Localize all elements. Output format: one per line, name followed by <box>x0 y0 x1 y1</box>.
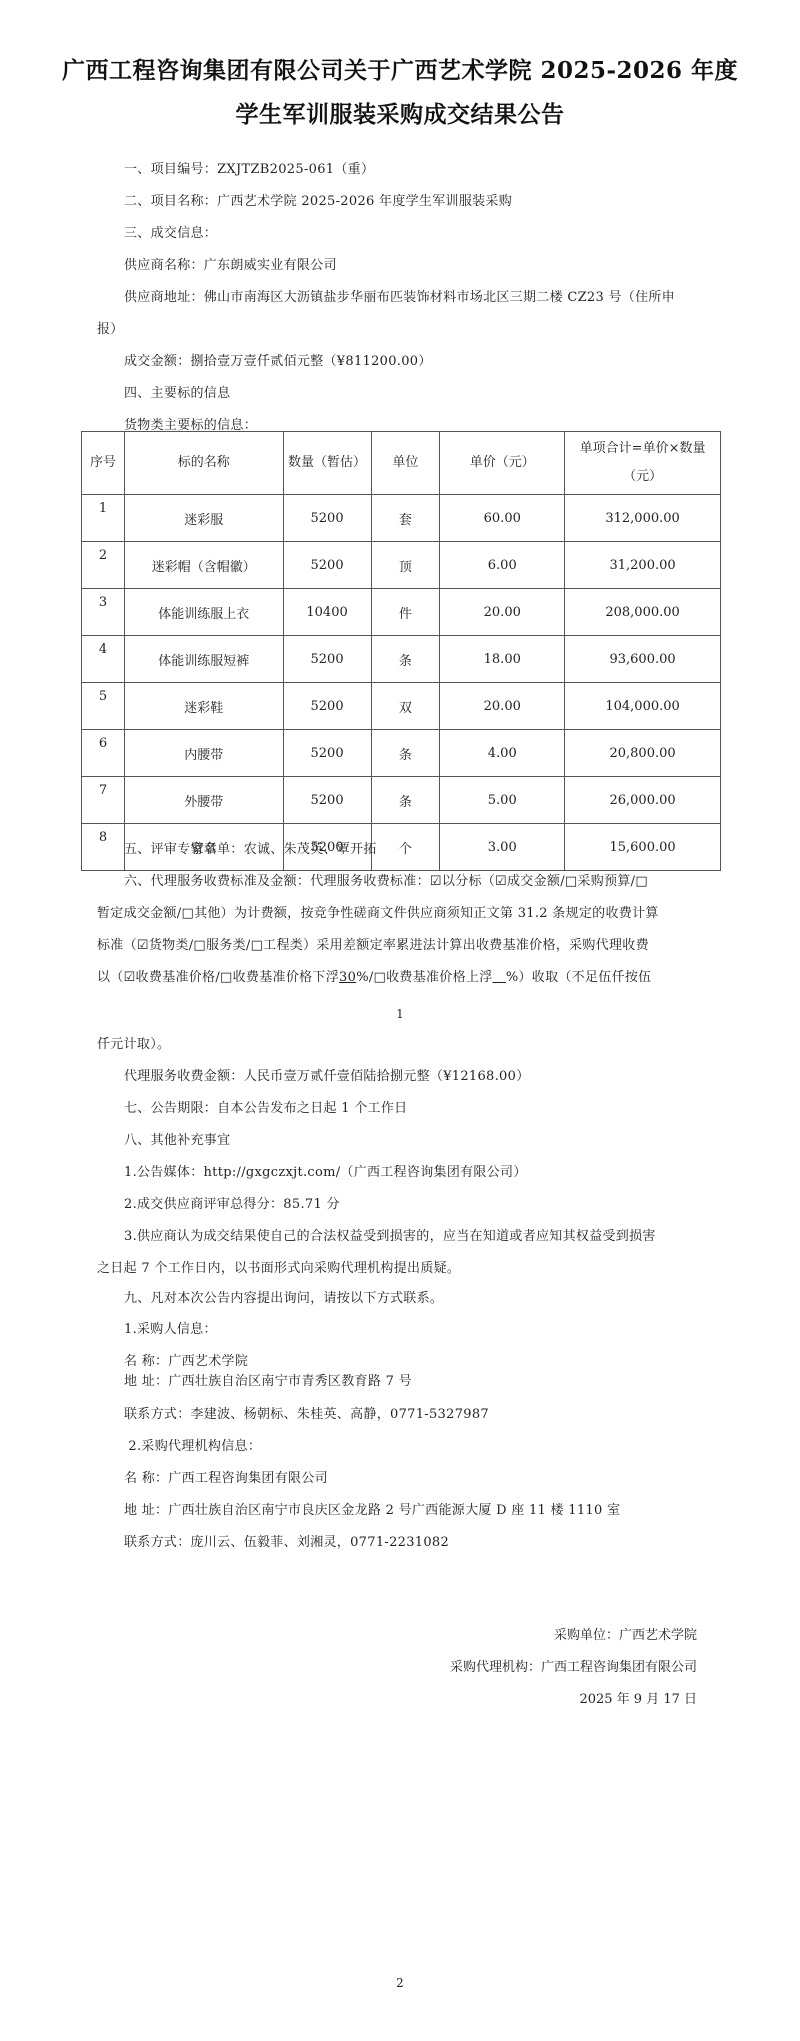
main-subject-heading: 四、主要标的信息 <box>124 382 230 401</box>
page-marker-1: 1 <box>0 1007 800 1021</box>
cell-name: 迷彩鞋 <box>124 683 283 730</box>
cell-price: 5.00 <box>440 777 565 824</box>
cell-price: 20.00 <box>440 683 565 730</box>
supplier-score: 2.成交供应商评审总得分：85.71 分 <box>124 1193 340 1212</box>
cell-no: 6 <box>82 730 125 777</box>
cell-qty: 5200 <box>283 683 371 730</box>
fee-discount-value: 30 <box>339 970 356 985</box>
cell-price: 60.00 <box>440 495 565 542</box>
supplier-name: 供应商名称：广东朗威实业有限公司 <box>124 254 337 273</box>
deal-info-heading: 三、成交信息： <box>124 222 217 241</box>
other-heading: 八、其他补充事宜 <box>124 1129 230 1148</box>
cell-qty: 5200 <box>283 636 371 683</box>
cell-no: 3 <box>82 589 125 636</box>
cell-total: 26,000.00 <box>565 777 721 824</box>
cell-qty: 5200 <box>283 542 371 589</box>
cell-price: 18.00 <box>440 636 565 683</box>
cell-price: 20.00 <box>440 589 565 636</box>
purchaser-name: 名 称：广西艺术学院 <box>124 1350 248 1369</box>
cell-qty: 5200 <box>283 495 371 542</box>
cell-price: 4.00 <box>440 730 565 777</box>
table-row: 3 体能训练服上衣 10400 件 20.00 208,000.00 <box>82 589 721 636</box>
table-row: 5 迷彩鞋 5200 双 20.00 104,000.00 <box>82 683 721 730</box>
table-row: 1 迷彩服 5200 套 60.00 312,000.00 <box>82 495 721 542</box>
cell-no: 2 <box>82 542 125 589</box>
cell-name: 迷彩服 <box>124 495 283 542</box>
cell-name: 体能训练服短裤 <box>124 636 283 683</box>
contact-heading: 九、凡对本次公告内容提出询问，请按以下方式联系。 <box>124 1287 443 1306</box>
table-row: 7 外腰带 5200 条 5.00 26,000.00 <box>82 777 721 824</box>
cell-unit: 个 <box>371 824 440 871</box>
agency-name: 名 称：广西工程咨询集团有限公司 <box>124 1467 328 1486</box>
cell-total: 208,000.00 <box>565 589 721 636</box>
header-seq: 序号 <box>82 432 125 495</box>
cell-no: 5 <box>82 683 125 730</box>
header-total-line2: （元） <box>565 463 720 491</box>
fee-markup-blank <box>493 970 506 985</box>
cell-name: 内腰带 <box>124 730 283 777</box>
cell-name: 迷彩帽（含帽徽） <box>124 542 283 589</box>
cell-unit: 条 <box>371 636 440 683</box>
cell-qty: 5200 <box>283 777 371 824</box>
signature-agency: 采购代理机构：广西工程咨询集团有限公司 <box>450 1656 697 1675</box>
cell-total: 31,200.00 <box>565 542 721 589</box>
cell-unit: 条 <box>371 777 440 824</box>
cell-unit: 件 <box>371 589 440 636</box>
fee-line4-part-c: %）收取（不足伍仟按伍 <box>506 970 652 985</box>
table-header-row: 序号 标的名称 数量（暂估） 单位 单价（元） 单项合计=单价×数量 （元） <box>82 432 721 495</box>
notice-period: 七、公告期限：自本公告发布之日起 1 个工作日 <box>124 1097 407 1116</box>
document-title-line1: 广西工程咨询集团有限公司关于广西艺术学院 2025-2026 年度 <box>0 52 800 85</box>
fee-standard-line5: 仟元计取）。 <box>97 1033 170 1052</box>
deal-amount: 成交金额：捌拾壹万壹仟贰佰元整（¥811200.00） <box>124 350 432 369</box>
cell-qty: 5200 <box>283 730 371 777</box>
project-name: 二、项目名称：广西艺术学院 2025-2026 年度学生军训服装采购 <box>124 190 512 209</box>
table-row: 4 体能训练服短裤 5200 条 18.00 93,600.00 <box>82 636 721 683</box>
fee-standard-line4: 以（☑收费基准价格/□收费基准价格下浮30%/□收费基准价格上浮 %）收取（不足… <box>97 966 651 985</box>
cell-unit: 顶 <box>371 542 440 589</box>
cell-total: 93,600.00 <box>565 636 721 683</box>
notice-media: 1.公告媒体：http://gxgczxjt.com/（广西工程咨询集团有限公司… <box>124 1161 527 1180</box>
header-unit: 单位 <box>371 432 440 495</box>
header-total-line1: 单项合计=单价×数量 <box>565 435 720 463</box>
fee-standard-line2: 暂定成交金额/□其他）为计费额，按竞争性磋商文件供应商须知正文第 31.2 条规… <box>97 902 659 921</box>
cell-qty: 10400 <box>283 589 371 636</box>
goods-table: 序号 标的名称 数量（暂估） 单位 单价（元） 单项合计=单价×数量 （元） 1… <box>81 431 721 871</box>
purchaser-address: 地 址：广西壮族自治区南宁市青秀区教育路 7 号 <box>124 1370 412 1389</box>
complaint-line1: 3.供应商认为成交结果使自己的合法权益受到损害的，应当在知道或者应知其权益受到损… <box>124 1225 656 1244</box>
cell-no: 1 <box>82 495 125 542</box>
fee-amount: 代理服务收费金额：人民币壹万贰仟壹佰陆拾捌元整（¥12168.00） <box>124 1065 530 1084</box>
agency-address: 地 址：广西壮族自治区南宁市良庆区金龙路 2 号广西能源大厦 D 座 11 楼 … <box>124 1499 620 1518</box>
agency-contact: 联系方式：庞川云、伍毅菲、刘湘灵，0771-2231082 <box>124 1531 449 1550</box>
fee-standard-line3: 标准（☑货物类/□服务类/□工程类）采用差额定率累进法计算出收费基准价格，采购代… <box>97 934 649 953</box>
document-title-line2: 学生军训服装采购成交结果公告 <box>0 96 800 129</box>
cell-total: 15,600.00 <box>565 824 721 871</box>
project-number: 一、项目编号：ZXJTZB2025-061（重） <box>124 158 374 177</box>
purchaser-contact: 联系方式：李建波、杨朝标、朱桂英、高静，0771-5327987 <box>124 1403 489 1422</box>
expert-list: 五、评审专家名单：农诚、朱茂英、覃开拓 <box>124 838 377 857</box>
agency-heading: 2.采购代理机构信息： <box>124 1435 261 1454</box>
purchaser-heading: 1.采购人信息： <box>124 1318 217 1337</box>
cell-total: 20,800.00 <box>565 730 721 777</box>
cell-unit: 双 <box>371 683 440 730</box>
fee-line4-part-b: %/□收费基准价格上浮 <box>356 970 492 985</box>
cell-unit: 套 <box>371 495 440 542</box>
table-row: 2 迷彩帽（含帽徽） 5200 顶 6.00 31,200.00 <box>82 542 721 589</box>
cell-name: 外腰带 <box>124 777 283 824</box>
header-name: 标的名称 <box>124 432 283 495</box>
fee-line4-part-a: 以（☑收费基准价格/□收费基准价格下浮 <box>97 970 339 985</box>
signature-purchaser: 采购单位：广西艺术学院 <box>554 1624 697 1643</box>
signature-date: 2025 年 9 月 17 日 <box>579 1688 697 1707</box>
cell-no: 4 <box>82 636 125 683</box>
complaint-line2: 之日起 7 个工作日内，以书面形式向采购代理机构提出质疑。 <box>97 1257 460 1276</box>
supplier-address-cont: 报） <box>97 318 124 337</box>
supplier-address: 供应商地址：佛山市南海区大沥镇盐步华丽布匹装饰材料市场北区三期二楼 CZ23 号… <box>124 286 675 305</box>
header-total: 单项合计=单价×数量 （元） <box>565 432 721 495</box>
fee-standard-line1: 六、代理服务收费标准及金额：代理服务收费标准：☑以分标（☑成交金额/□采购预算/… <box>124 870 648 889</box>
cell-price: 3.00 <box>440 824 565 871</box>
cell-name: 体能训练服上衣 <box>124 589 283 636</box>
table-row: 6 内腰带 5200 条 4.00 20,800.00 <box>82 730 721 777</box>
page-number: 2 <box>0 1976 800 1990</box>
cell-total: 312,000.00 <box>565 495 721 542</box>
header-qty: 数量（暂估） <box>283 432 371 495</box>
cell-total: 104,000.00 <box>565 683 721 730</box>
header-price: 单价（元） <box>440 432 565 495</box>
cell-price: 6.00 <box>440 542 565 589</box>
cell-no: 8 <box>82 824 125 871</box>
cell-no: 7 <box>82 777 125 824</box>
cell-unit: 条 <box>371 730 440 777</box>
